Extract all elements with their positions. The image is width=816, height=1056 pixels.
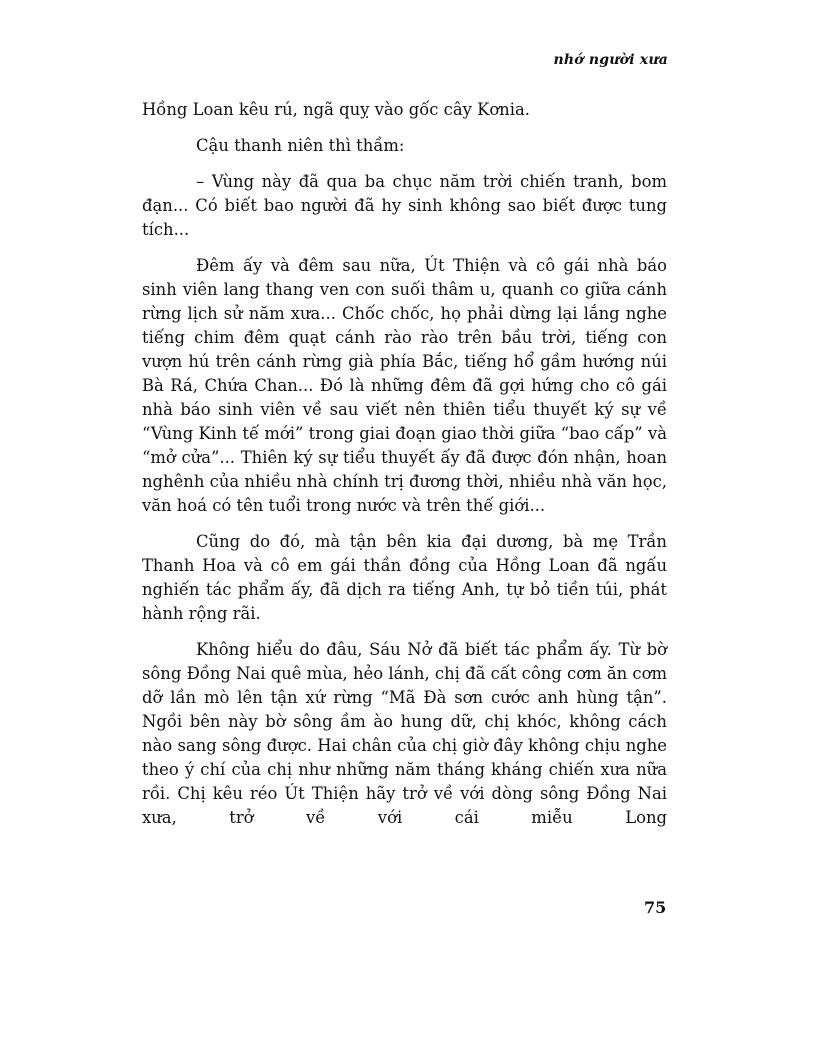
paragraph: Cậu thanh niên thì thầm: (142, 134, 667, 158)
paragraph: Không hiểu do đâu, Sáu Nở đã biết tác ph… (142, 638, 667, 830)
paragraph: Đêm ấy và đêm sau nữa, Út Thiện và cô gá… (142, 254, 667, 518)
paragraph: Cũng do đó, mà tận bên kia đại dương, bà… (142, 530, 667, 626)
paragraph-dialogue: – Vùng này đã qua ba chục năm trời chiến… (142, 170, 667, 242)
paragraph: Hồng Loan kêu rú, ngã quỵ vào gốc cây Kơ… (142, 98, 667, 122)
page-number: 75 (644, 898, 666, 917)
body-text: Hồng Loan kêu rú, ngã quỵ vào gốc cây Kơ… (142, 98, 667, 830)
running-header: nhớ người xưa (554, 52, 668, 68)
